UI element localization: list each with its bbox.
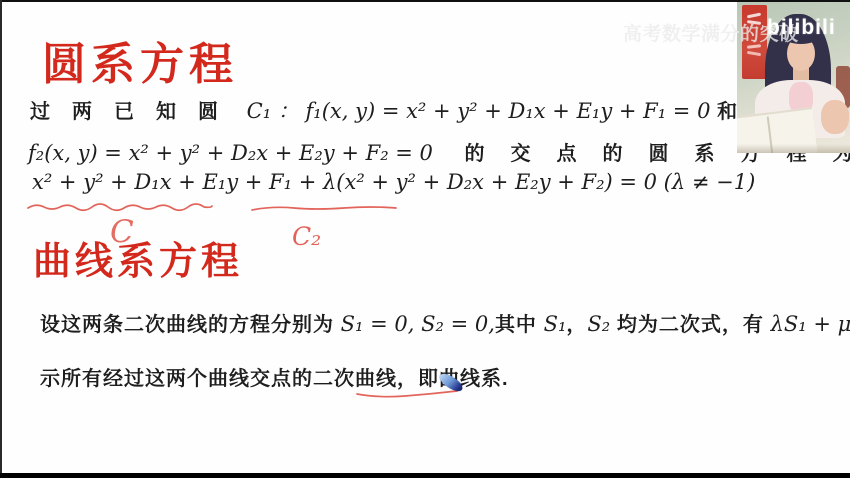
text-segment: 设这两条二次曲线的方程分别为 bbox=[40, 314, 334, 336]
text-segment: x² + y² + D₁x + E₁y + F₁ + λ(x² + y² + D… bbox=[32, 170, 755, 194]
text-segment: 过两已知圆 bbox=[30, 101, 240, 123]
teacher-arm bbox=[821, 100, 849, 134]
text-segment: S₂ bbox=[587, 312, 616, 336]
section-title-circle-system: 圆系方程 bbox=[42, 28, 238, 92]
text-segment: ， bbox=[566, 314, 587, 336]
letterbox-bottom bbox=[0, 473, 850, 478]
formula-line-3: x² + y² + D₁x + E₁y + F₁ + λ(x² + y² + D… bbox=[32, 170, 755, 194]
formula-line-1: 过两已知圆 C₁ ： f₁(x, y) = x² + y² + D₁x + E₁… bbox=[30, 95, 818, 125]
text-segment: C₁ ： f₁(x, y) = x² + y² + D₁x + E₁y + F₁… bbox=[240, 99, 717, 123]
formula-line-2: f₂(x, y) = x² + y² + D₂x + E₂y + F₂ = 0 … bbox=[28, 137, 850, 166]
text-segment: 示所有经过这两个曲线交点的二次曲线，即曲线系. bbox=[40, 368, 509, 390]
text-segment: 其中 bbox=[495, 314, 537, 336]
underline-quxianxi bbox=[357, 391, 457, 397]
text-segment: λS₁ + μS₂ = 0 bbox=[764, 312, 850, 336]
text-segment: S₁ = 0, S₂ = 0, bbox=[334, 312, 495, 336]
handwritten-c-mark: C bbox=[110, 214, 134, 250]
underline-formula-part2 bbox=[252, 207, 396, 210]
handwritten-c2-mark: C₂ bbox=[292, 222, 321, 251]
text-segment: S₁ bbox=[537, 312, 566, 336]
wavy-underline-formula-part1 bbox=[28, 204, 212, 210]
bilibili-logo: bilibili bbox=[767, 16, 836, 40]
video-frame: 圆系方程 过两已知圆 C₁ ： f₁(x, y) = x² + y² + D₁x… bbox=[0, 0, 850, 478]
section-title-curve-system: 曲线系方程 bbox=[33, 230, 243, 285]
text-segment: 均为二次式，有 bbox=[617, 314, 764, 336]
letterbox-top bbox=[0, 0, 850, 2]
paragraph-line-1: 设这两条二次曲线的方程分别为 S₁ = 0, S₂ = 0,其中 S₁，S₂ 均… bbox=[40, 308, 850, 337]
desk-shadow bbox=[737, 144, 850, 153]
text-segment: f₂(x, y) = x² + y² + D₂x + E₂y + F₂ = 0 bbox=[28, 141, 433, 165]
poster-calligraphy-stroke bbox=[747, 13, 761, 19]
poster-calligraphy-stroke bbox=[747, 51, 761, 56]
frame-left-border bbox=[0, 0, 2, 478]
